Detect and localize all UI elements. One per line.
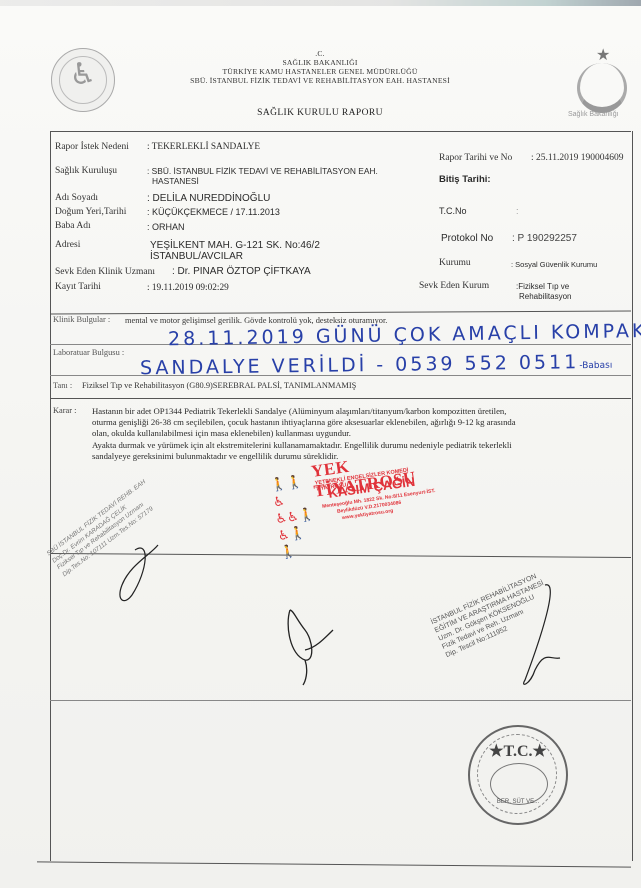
klinik-label: Klinik Bulgular : (53, 315, 110, 324)
header-hospital: SBÜ. İSTANBUL FİZİK TEDAVİ VE REHABİLİTA… (150, 76, 490, 85)
rapor-tarihi-label: Rapor Tarihi ve No (439, 153, 512, 163)
tc-no-label: T.C.No (439, 206, 467, 216)
seal-tc: ★T.C.★ (470, 741, 566, 761)
sevk-kurum-label: Sevk Eden Kurum (419, 281, 489, 291)
baba-adi-label: Baba Adı (55, 221, 91, 231)
sevk-uzman-label: Sevk Eden Klinik Uzmanı (55, 267, 155, 277)
kurumu-label: Kurumu (439, 258, 471, 268)
crescent-icon (577, 63, 627, 113)
saglik-kurulusu-value-2: HASTANESİ (152, 176, 199, 186)
saglik-kurulusu-label: Sağlık Kuruluşu (55, 166, 117, 176)
hospital-emblem-icon: ♿ (51, 48, 115, 112)
divider-tani (50, 398, 631, 399)
kurumu-value: : Sosyal Güvenlik Kurumu (511, 260, 597, 269)
ministry-logo-label: Sağlık Bakanlığı (568, 111, 638, 118)
protokol-value: : P 190292257 (512, 233, 577, 244)
scan-edge (0, 0, 641, 6)
divider-top (50, 131, 631, 132)
karar-line: Hastanın bir adet OP1344 Pediatrik Teker… (92, 406, 627, 417)
divider-bottom (37, 861, 631, 867)
tani-label: Tanı : (53, 381, 72, 390)
rapor-tarihi-value: : 25.11.2019 190004609 (531, 153, 624, 163)
header-line-1: .C. (150, 49, 490, 58)
sevk-kurum-value-2: Rehabilitasyon (519, 292, 571, 301)
seal-text: BER. SÜT VE... (470, 799, 566, 805)
signature-left (110, 540, 170, 610)
ministry-emblem-icon: ★ Sağlık Bakanlığı (568, 45, 628, 125)
adresi-value-2: İSTANBUL/AVCILAR (150, 251, 243, 262)
wheelchair-icon: ♿ (272, 494, 286, 510)
tani-value: Fiziksel Tıp ve Rehabilitasyon (G80.9)SE… (82, 381, 356, 390)
protokol-label: Protokol No (441, 233, 493, 244)
kayit-tarihi-label: Kayıt Tarihi (55, 282, 101, 292)
saglik-kurulusu-value-1: : SBÜ. İSTANBUL FİZİK TEDAVİ VE REHABİLİ… (147, 166, 378, 176)
klinik-value: mental ve motor gelişimsel gerilik. Gövd… (125, 316, 387, 325)
karar-line: oturma genişliği 26-38 cm seçilebilen, ç… (92, 417, 627, 428)
bitis-tarihi-label: Bitiş Tarihi: (439, 174, 491, 185)
divider-signatures (50, 700, 631, 701)
person-icon: 🚶 (279, 544, 297, 561)
signature-middle (285, 600, 355, 690)
karar-line: olan, okulda kullanılabilmesi için masa … (92, 428, 627, 439)
official-round-seal: ★T.C.★ BER. SÜT VE... (468, 725, 568, 825)
person-icon: 🚶 (298, 507, 316, 524)
tc-no-value: : (516, 206, 519, 216)
adresi-label: Adresi (55, 240, 80, 250)
rapor-istek-label: Rapor İstek Nedeni (55, 142, 129, 152)
rapor-istek-value: : TEKERLEKLİ SANDALYE (147, 142, 260, 152)
baba-adi-value: : ORHAN (147, 222, 185, 232)
dogum-label: Doğum Yeri,Tarihi (55, 207, 126, 217)
star-icon: ★ (596, 45, 610, 64)
sevk-kurum-value-1: :Fiziksel Tıp ve (516, 282, 569, 291)
document-page: ♿ ★ Sağlık Bakanlığı .C. SAĞLIK BAKANLIĞ… (0, 0, 641, 888)
karar-line: Ayakta durmak ve yürümek için alt ekstre… (92, 440, 627, 451)
person-icon: 🚶 (286, 474, 304, 491)
kayit-tarihi-value: : 19.11.2019 09:02:29 (147, 283, 229, 293)
adi-soyadi-label: Adı Soyadı (55, 193, 98, 203)
report-title: SAĞLIK KURULU RAPORU (150, 108, 490, 118)
header-directorate: TÜRKİYE KAMU HASTANELER GENEL MÜDÜRLÜĞÜ (150, 67, 490, 76)
header-ministry: SAĞLIK BAKANLIĞI (150, 58, 490, 67)
karar-label: Karar : (53, 406, 76, 415)
laboratuar-label: Laboratuar Bulgusu : (53, 348, 124, 357)
dogum-value: : KÜÇÜKÇEKMECE / 17.11.2013 (147, 207, 280, 217)
sevk-uzman-value: : Dr. PINAR ÖZTOP ÇİFTKAYA (172, 266, 311, 277)
adi-soyadi-value: : DELİLA NUREDDİNOĞLU (147, 193, 270, 204)
adresi-value-1: YEŞİLKENT MAH. G-121 SK. No:46/2 (150, 240, 320, 251)
person-icon: 🚶 (288, 526, 306, 543)
signature-right (520, 580, 580, 690)
